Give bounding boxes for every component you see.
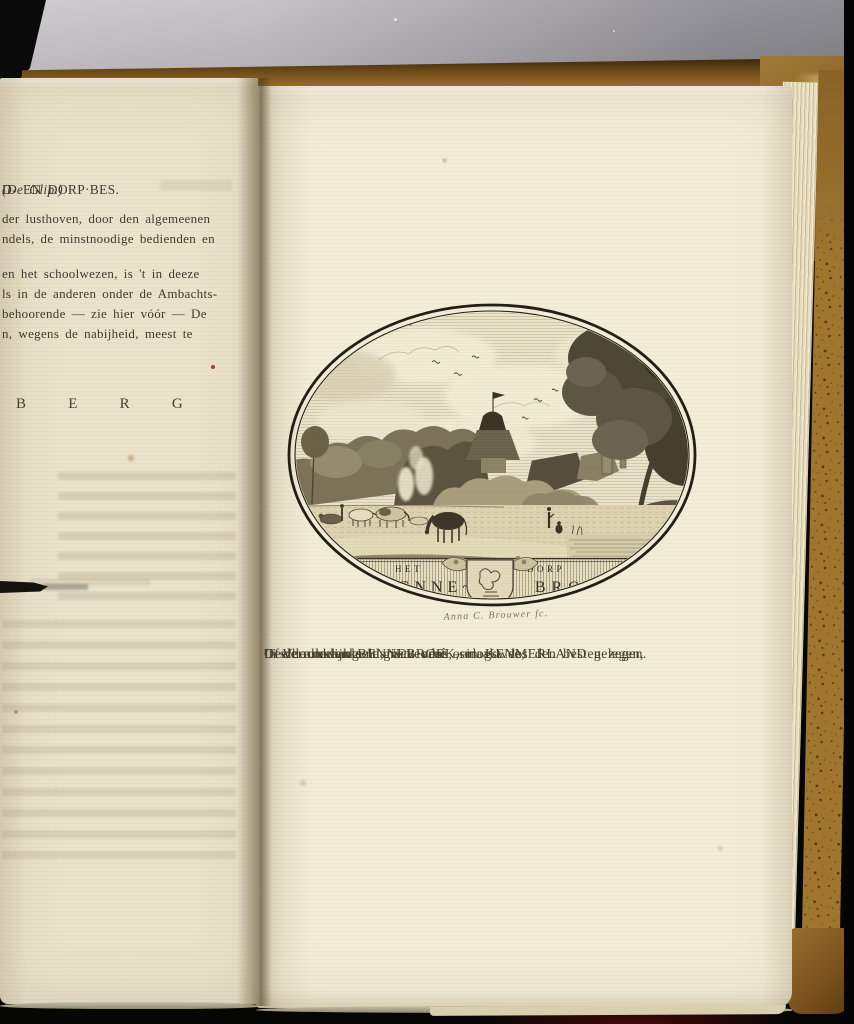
ghost-text-line xyxy=(160,180,232,191)
engraving: HET DORP BENNE~ BROEK xyxy=(284,300,700,610)
section-heading: B E R G xyxy=(16,396,201,413)
body-line: der lusthoven, door den algemeenen xyxy=(2,211,210,227)
foxing-spot xyxy=(211,365,215,369)
deckle-edge xyxy=(0,1002,258,1009)
right-page: HET DORP BENNE~ BROEK xyxy=(256,86,792,1008)
foxing-spot xyxy=(128,455,134,461)
foxing-spot xyxy=(300,780,306,786)
header-note-italic: (De Glip.) xyxy=(2,182,63,198)
foxing-spot xyxy=(718,846,723,851)
engraving-scene: HET DORP BENNE~ BROEK xyxy=(284,300,700,610)
ink-smear-tail xyxy=(44,584,88,590)
dust-speck xyxy=(613,30,615,32)
bleedthrough-text-block xyxy=(2,620,236,860)
body-line: ls in de anderen onder de Ambachts- xyxy=(2,286,217,302)
foxing-spot xyxy=(442,158,447,163)
left-page: D- EN DORP·BES. (De Glip.) der lusthoven… xyxy=(0,78,258,1004)
body-line: en het schoolwezen, is 't in deeze xyxy=(2,266,200,282)
poem-line: Ofschoon verdeeld, is 't eéns, smaakt de… xyxy=(264,642,647,667)
plate-grain xyxy=(284,300,700,610)
under-sheet-edge xyxy=(430,1005,786,1016)
book-photo: D- EN DORP·BES. (De Glip.) der lusthoven… xyxy=(0,0,854,1024)
foreground-dark-corner xyxy=(284,551,344,576)
foxing-spot xyxy=(14,710,18,714)
frame-edge xyxy=(844,0,854,1024)
body-line: behoorende — zie hier vóór — De xyxy=(2,306,207,322)
body-line: ndels, de minstnoodige bedienden en xyxy=(2,231,215,247)
body-line: n, wegens de nabijheid, meest te xyxy=(2,326,193,342)
gutter-shadow xyxy=(238,78,280,1006)
engraving-oval: HET DORP BENNE~ BROEK xyxy=(284,300,700,610)
dust-speck xyxy=(394,18,397,21)
